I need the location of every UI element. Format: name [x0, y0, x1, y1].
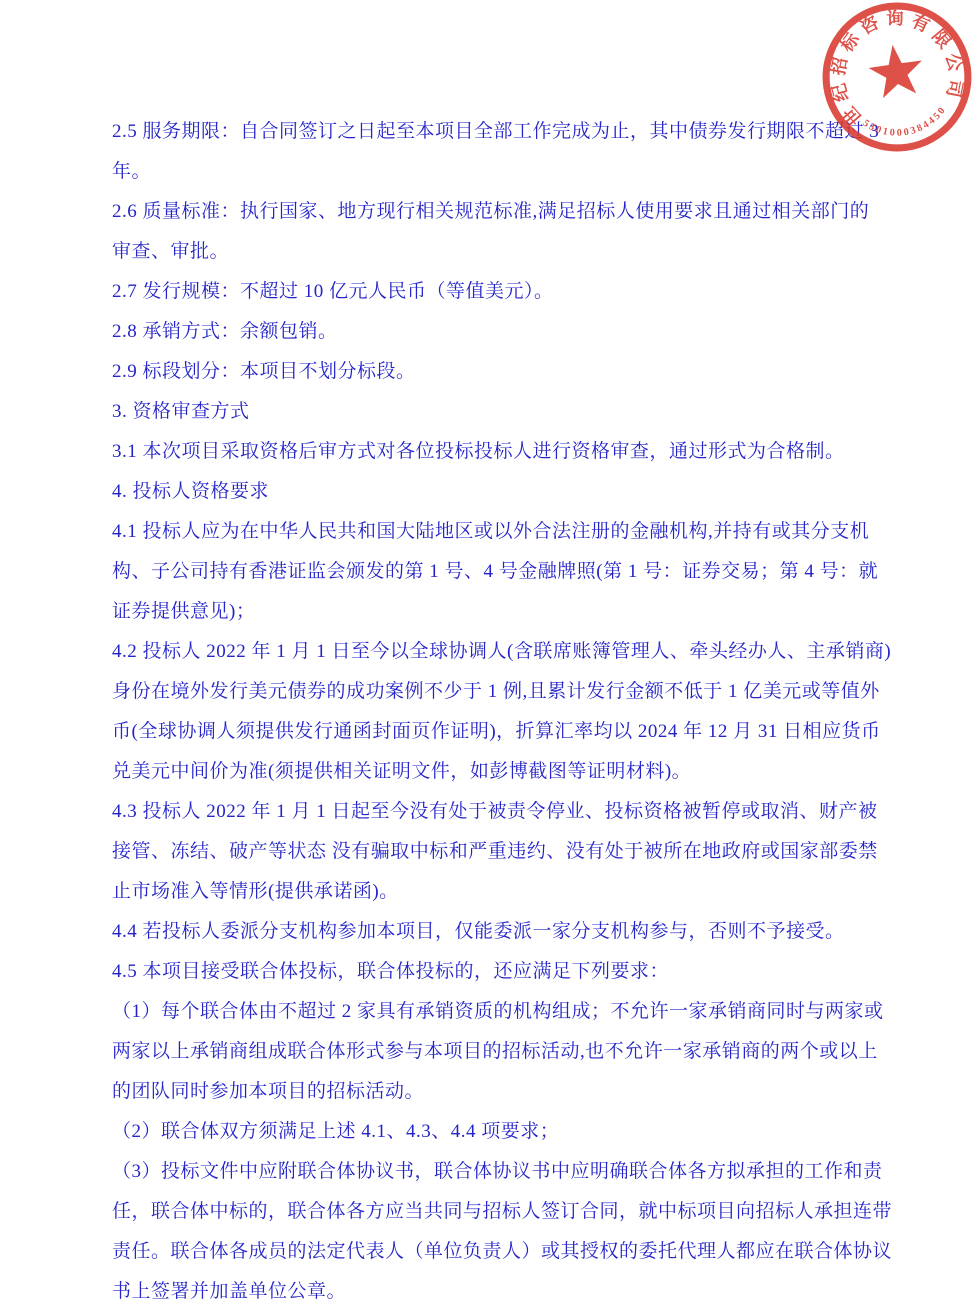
- company-seal-stamp: 世纪招标咨询有限公司 5301000384450: [808, 0, 978, 166]
- document-line: 3.1 本次项目采取资格后审方式对各位投标投标人进行资格审查，通过形式为合格制。: [112, 432, 902, 472]
- document-line: 任，联合体中标的，联合体各方应当共同与招标人签订合同，就中标项目向招标人承担连带: [112, 1192, 902, 1232]
- document-body: 2.5 服务期限：自合同签订之日起至本项目全部工作完成为止，其中债券发行期限不超…: [112, 112, 902, 1304]
- document-line: 4. 投标人资格要求: [112, 472, 902, 512]
- document-line: 责任。联合体各成员的法定代表人（单位负责人）或其授权的委托代理人都应在联合体协议: [112, 1232, 902, 1272]
- document-line: 币(全球协调人须提供发行通函封面页作证明)，折算汇率均以 2024 年 12 月…: [112, 712, 902, 752]
- document-line: 2.5 服务期限：自合同签订之日起至本项目全部工作完成为止，其中债券发行期限不超…: [112, 112, 902, 152]
- document-line: 证券提供意见)；: [112, 592, 902, 632]
- document-line: 4.1 投标人应为在中华人民共和国大陆地区或以外合法注册的金融机构,并持有或其分…: [112, 512, 902, 552]
- document-line: 止市场准入等情形(提供承诺函)。: [112, 872, 902, 912]
- document-line: （2）联合体双方须满足上述 4.1、4.3、4.4 项要求；: [112, 1112, 902, 1152]
- document-line: 年。: [112, 152, 902, 192]
- seal-graphic: 世纪招标咨询有限公司 5301000384450: [808, 0, 978, 166]
- document-line: 4.4 若投标人委派分支机构参加本项目，仅能委派一家分支机构参与，否则不予接受。: [112, 912, 902, 952]
- document-line: 2.6 质量标准：执行国家、地方现行相关规范标准,满足招标人使用要求且通过相关部…: [112, 192, 902, 232]
- document-page: 2.5 服务期限：自合同签订之日起至本项目全部工作完成为止，其中债券发行期限不超…: [0, 0, 978, 1304]
- document-line: 的团队同时参加本项目的招标活动。: [112, 1072, 902, 1112]
- document-line: 4.3 投标人 2022 年 1 月 1 日起至今没有处于被责令停业、投标资格被…: [112, 792, 902, 832]
- document-line: 书上签署并加盖单位公章。: [112, 1272, 902, 1304]
- document-line: 身份在境外发行美元债券的成功案例不少于 1 例,且累计发行金额不低于 1 亿美元…: [112, 672, 902, 712]
- document-line: 4.5 本项目接受联合体投标，联合体投标的，还应满足下列要求：: [112, 952, 902, 992]
- document-line: 3. 资格审查方式: [112, 392, 902, 432]
- document-line: 兑美元中间价为准(须提供相关证明文件，如彭博截图等证明材料)。: [112, 752, 902, 792]
- document-line: 2.8 承销方式：余额包销。: [112, 312, 902, 352]
- document-line: 2.7 发行规模：不超过 10 亿元人民币（等值美元）。: [112, 272, 902, 312]
- document-line: 2.9 标段划分：本项目不划分标段。: [112, 352, 902, 392]
- document-line: 4.2 投标人 2022 年 1 月 1 日至今以全球协调人(含联席账簿管理人、…: [112, 632, 902, 672]
- document-line: （1）每个联合体由不超过 2 家具有承销资质的机构组成；不允许一家承销商同时与两…: [112, 992, 902, 1032]
- document-line: 审查、审批。: [112, 232, 902, 272]
- document-line: 接管、冻结、破产等状态 没有骗取中标和严重违约、没有处于被所在地政府或国家部委禁: [112, 832, 902, 872]
- document-line: 两家以上承销商组成联合体形式参与本项目的招标活动,也不允许一家承销商的两个或以上: [112, 1032, 902, 1072]
- document-line: 构、子公司持有香港证监会颁发的第 1 号、4 号金融牌照(第 1 号：证券交易；…: [112, 552, 902, 592]
- star-icon: [866, 41, 927, 99]
- document-line: （3）投标文件中应附联合体协议书，联合体协议书中应明确联合体各方拟承担的工作和责: [112, 1152, 902, 1192]
